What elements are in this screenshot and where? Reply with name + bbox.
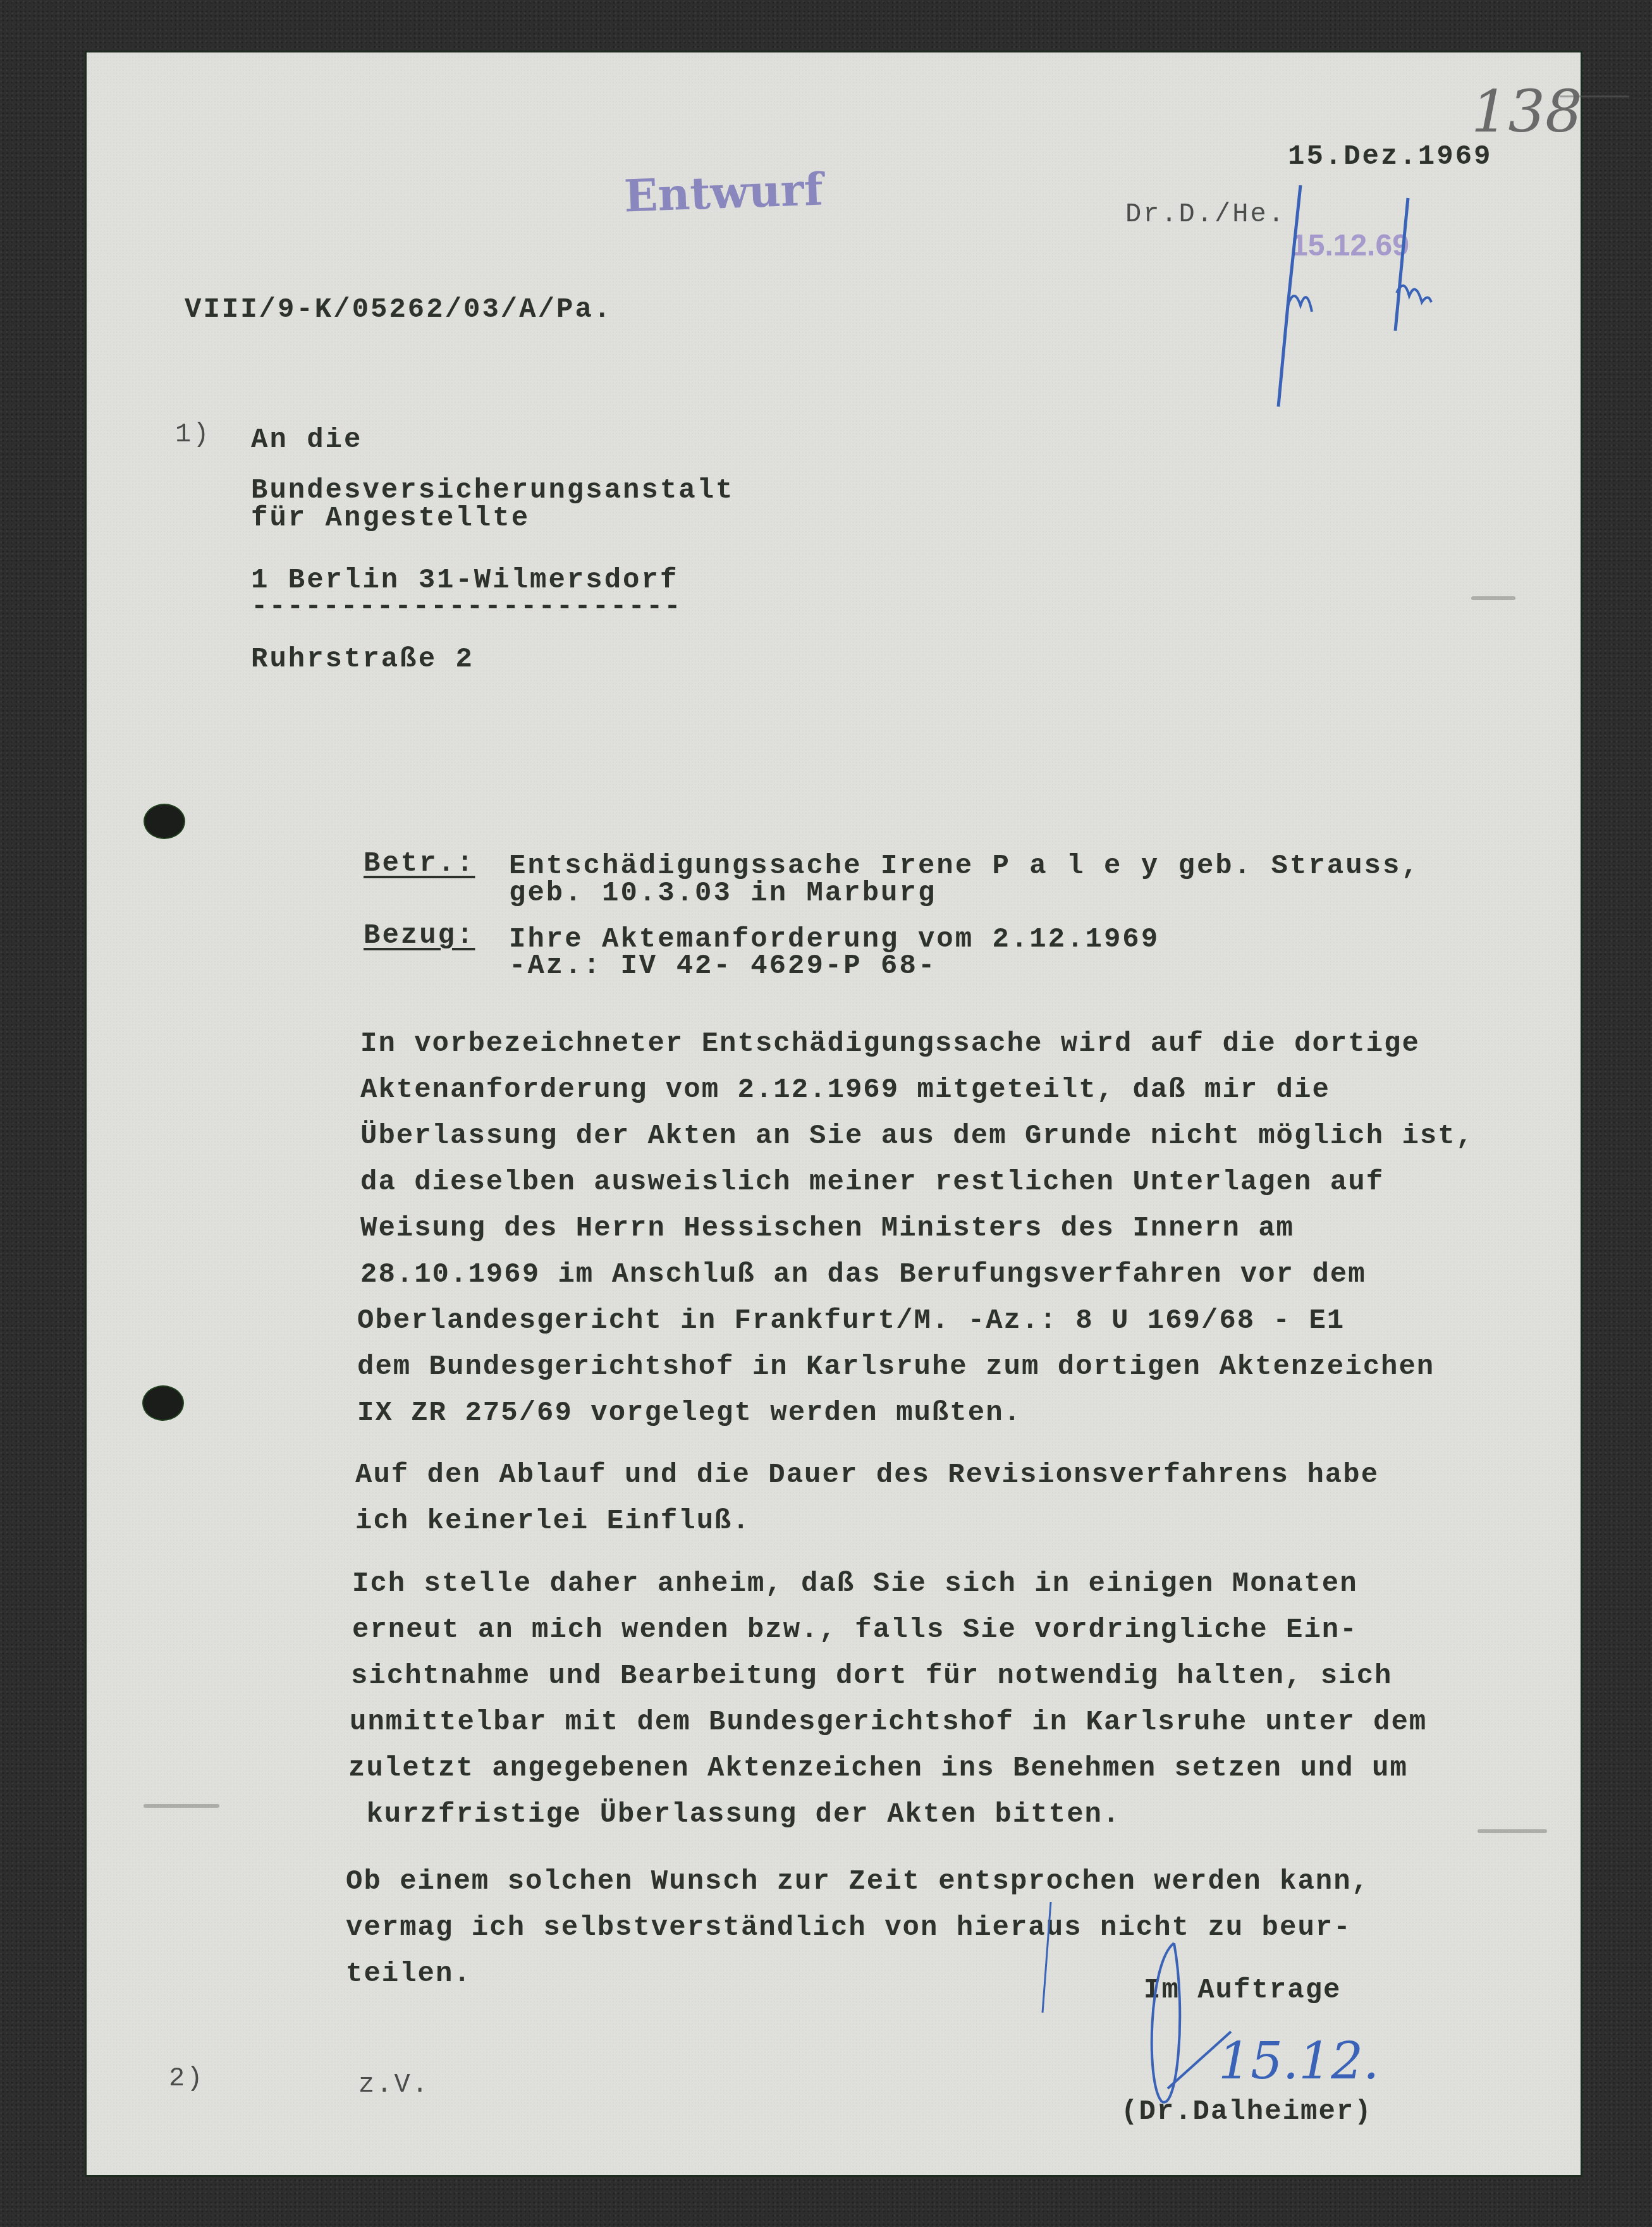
- body-p3-l5: zuletzt angegebenen Aktenzeichen ins Ben…: [348, 1753, 1408, 1784]
- document-date: 15.Dez.1969: [1288, 141, 1492, 173]
- item-1-marker: 1): [175, 419, 211, 450]
- author-code: Dr.D./He.: [1125, 199, 1286, 230]
- body-p1-l6: 28.10.1969 im Anschluß an das Berufungsv…: [360, 1259, 1366, 1291]
- pencil-stroke: [1560, 95, 1629, 97]
- body-p3-l4: unmittelbar mit dem Bundesgerichtshof in…: [350, 1707, 1427, 1738]
- reference-number: VIII/9-K/05262/03/A/Pa.: [185, 294, 612, 326]
- margin-smudge: [144, 1804, 219, 1808]
- item-2-text: z.V.: [358, 2070, 430, 2100]
- document-page: 138 15.Dez.1969 Entwurf Dr.D./He. 15.12.…: [87, 52, 1581, 2175]
- handwritten-initial-date: 15.12.: [1218, 2032, 1379, 2090]
- draft-stamp: Entwurf: [623, 163, 824, 223]
- body-p3-l1: Ich stelle daher anheim, daß Sie sich in…: [352, 1568, 1358, 1600]
- body-p1-l9: IX ZR 275/69 vorgelegt werden mußten.: [357, 1397, 1022, 1429]
- recipient-street: Ruhrstraße 2: [251, 644, 474, 675]
- body-p2-l2: ich keinerlei Einfluß.: [355, 1506, 750, 1537]
- body-p1-l7: Oberlandesgericht in Frankfurt/M. -Az.: …: [357, 1305, 1345, 1337]
- margin-smudge: [1478, 1829, 1547, 1833]
- body-p2-l1: Auf den Ablauf und die Dauer des Revisio…: [355, 1459, 1379, 1491]
- regarding-label: Bezug:: [364, 920, 475, 952]
- body-p3-l3: sichtnahme und Bearbeitung dort für notw…: [351, 1660, 1392, 1692]
- city-underline: ------------------------: [251, 591, 682, 623]
- punch-hole-bottom: [144, 1387, 183, 1420]
- subject-label: Betr.:: [364, 848, 475, 880]
- recipient-salutation: An die: [251, 424, 362, 456]
- body-p3-l2: erneut an mich wenden bzw., falls Sie vo…: [352, 1614, 1358, 1646]
- body-p1-l5: Weisung des Herrn Hessischen Ministers d…: [360, 1213, 1294, 1244]
- subject-line-2: geb. 10.3.03 in Marburg: [509, 878, 936, 909]
- body-p1-l8: dem Bundesgerichtshof in Karlsruhe zum d…: [357, 1351, 1435, 1383]
- punch-hole-top: [145, 805, 184, 838]
- item-2-marker: 2): [169, 2063, 204, 2094]
- margin-smudge: [1471, 596, 1515, 600]
- handwritten-page-number: 138: [1471, 78, 1582, 145]
- handwritten-initial-icon: [1123, 1937, 1288, 2120]
- body-p1-l2: Aktenanforderung vom 2.12.1969 mitgeteil…: [360, 1074, 1330, 1106]
- body-p3-l6: kurzfristige Überlassung der Akten bitte…: [348, 1799, 1120, 1831]
- body-p4-l3: teilen.: [346, 1958, 472, 1990]
- initials-signature-icon: [1263, 179, 1440, 432]
- regarding-line-2: -Az.: IV 42- 4629-P 68-: [509, 950, 936, 982]
- body-p1-l4: da dieselben ausweislich meiner restlich…: [360, 1167, 1384, 1198]
- insertion-mark-icon: [1035, 1899, 1060, 2025]
- body-p1-l3: Überlassung der Akten an Sie aus dem Gru…: [360, 1120, 1474, 1152]
- body-p1-l1: In vorbezeichneter Entschädigungssache w…: [360, 1028, 1420, 1060]
- body-p4-l1: Ob einem solchen Wunsch zur Zeit entspro…: [346, 1866, 1369, 1898]
- recipient-name-line-1: Bundesversicherungsanstalt: [251, 475, 735, 506]
- recipient-name-line-2: für Angestellte: [251, 503, 530, 534]
